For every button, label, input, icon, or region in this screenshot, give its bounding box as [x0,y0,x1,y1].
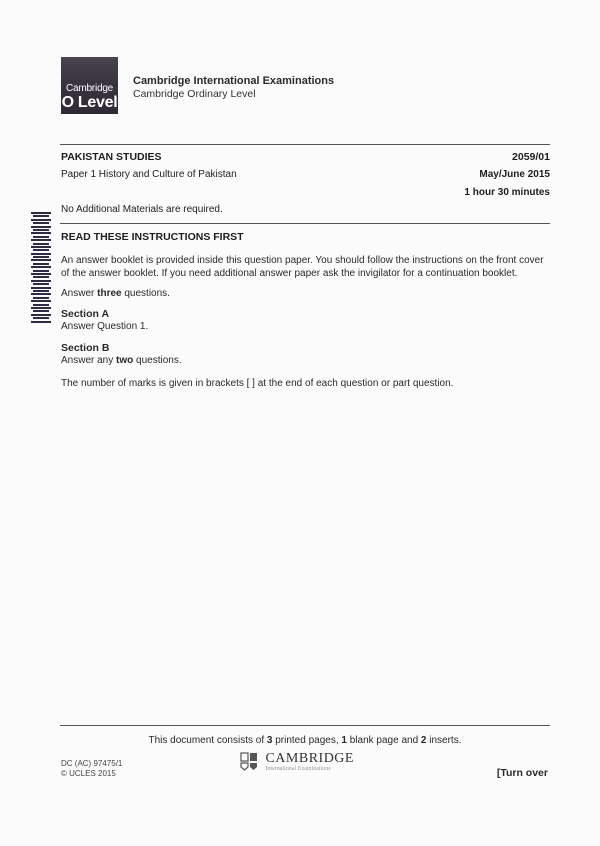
section-a-text: Answer Question 1. [61,320,553,333]
barcode [31,212,51,330]
instructions-paragraph: An answer booklet is provided inside thi… [61,254,553,280]
instructions-heading: READ THESE INSTRUCTIONS FIRST [61,231,244,243]
marks-note: The number of marks is given in brackets… [61,377,553,390]
answer-pre: Answer [61,288,97,299]
instructions-line-1: An answer booklet is provided inside thi… [61,254,553,267]
subject-title: PAKISTAN STUDIES [61,151,162,163]
paper-code: 2059/01 [400,151,550,163]
materials-note: No Additional Materials are required. [61,204,223,215]
org-subtitle: Cambridge Ordinary Level [133,88,256,100]
footer-mid2: blank page and [347,735,421,746]
paper-title: Paper 1 History and Culture of Pakistan [61,169,237,180]
brand-subtitle: International Examinations [265,766,354,773]
org-name: Cambridge International Examinations [133,75,334,87]
divider-footer [60,725,550,726]
divider-instructions [60,223,550,224]
answer-post: questions. [122,288,170,299]
answer-count-note: Answer three questions. [61,287,553,300]
copyright: © UCLES 2015 [61,769,122,779]
footer-pre: This document consists of [149,735,267,746]
section-b-post: questions. [133,355,181,366]
exam-session: May/June 2015 [400,169,550,180]
cambridge-shield-icon [240,752,258,772]
divider-top [60,144,550,145]
cambridge-footer-logo: CAMBRIDGE International Examinations [240,752,354,773]
footer-post: inserts. [426,735,461,746]
exam-duration: 1 hour 30 minutes [400,187,550,198]
instructions-line-2: of the answer booklet. If you need addit… [61,267,553,280]
cambridge-o-level-logo: Cambridge O Level [61,57,118,114]
section-b-text: Answer any two questions. [61,354,553,367]
page-count-note: This document consists of 3 printed page… [60,735,550,746]
brand-name: CAMBRIDGE [265,752,354,766]
turn-over-note: [Turn over [480,767,548,779]
footer-mid1: printed pages, [272,735,341,746]
answer-bold: three [97,288,121,299]
document-codes: DC (AC) 97475/1 © UCLES 2015 [61,759,122,779]
section-b-pre: Answer any [61,355,116,366]
doc-code: DC (AC) 97475/1 [61,759,122,769]
section-b-bold: two [116,355,133,366]
logo-line-2: O Level [61,94,118,112]
logo-line-1: Cambridge [61,83,118,94]
